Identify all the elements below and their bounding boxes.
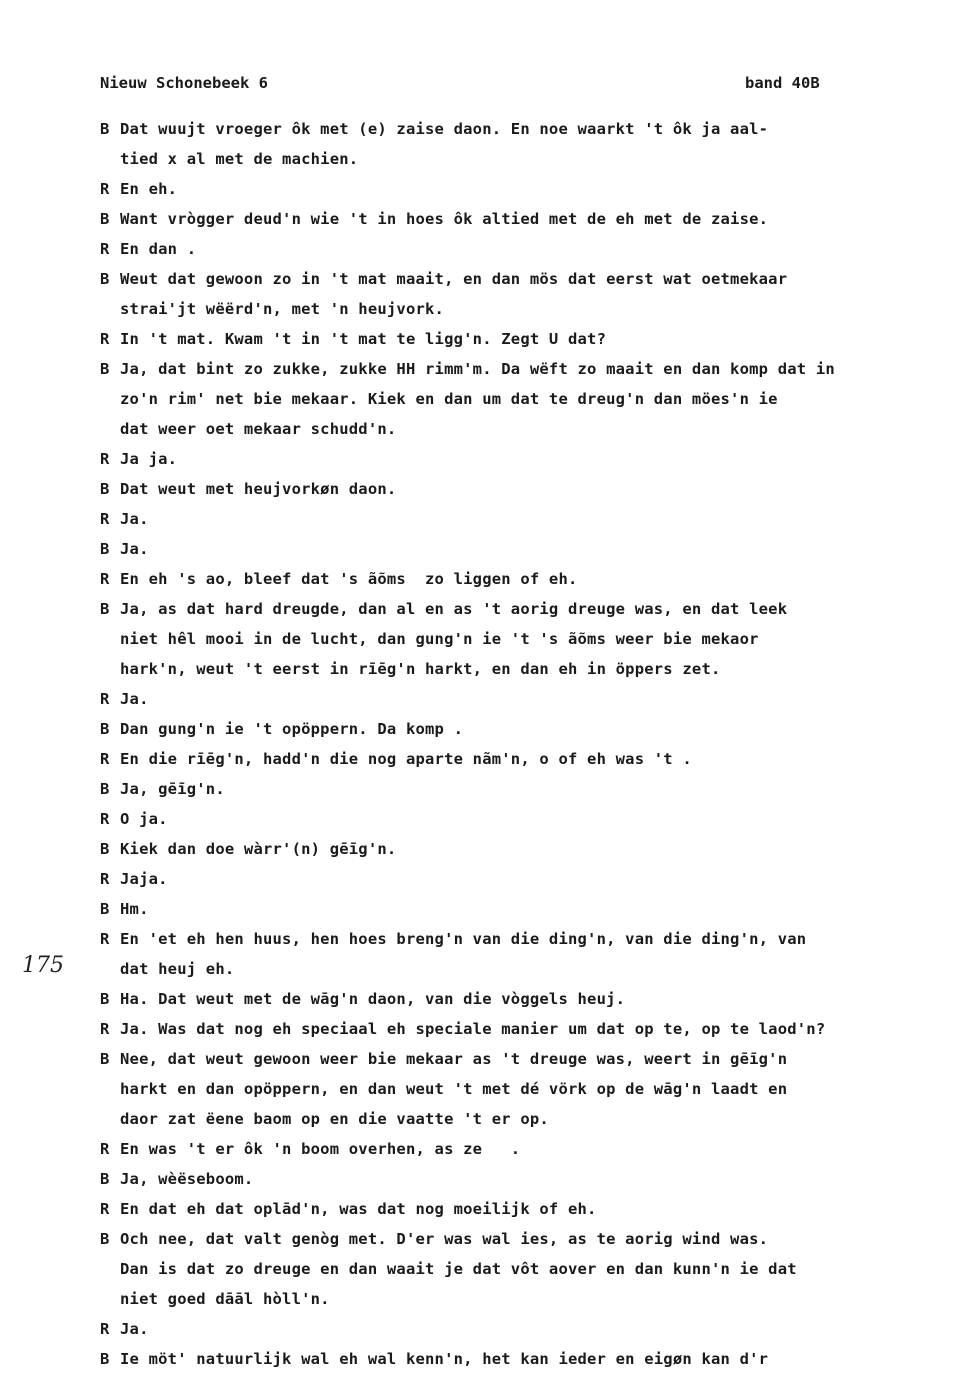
utterance-text: Hm. (120, 900, 149, 918)
transcript-line: niet goed dāāl hòll'n. (100, 1284, 960, 1314)
transcript-line: RJa. (100, 684, 960, 714)
tape-label: band 40B (745, 74, 820, 92)
utterance-text: Ja, gēīg'n. (120, 780, 225, 798)
utterance-text: zo'n rim' net bie mekaar. Kiek en dan um… (120, 390, 778, 408)
utterance-text: niet hêl mooi in de lucht, dan gung'n ie… (120, 630, 759, 648)
utterance-text: Weut dat gewoon zo in 't mat maait, en d… (120, 270, 787, 288)
transcript-line: REn die rīēg'n, hadd'n die nog aparte nã… (100, 744, 960, 774)
utterance-text: Ja, as dat hard dreugde, dan al en as 't… (120, 600, 787, 618)
transcript-line: BJa, dat bint zo zukke, zukke HH rimm'm.… (100, 354, 960, 384)
speaker-label: R (100, 1134, 120, 1164)
transcript-line: harkt en dan opöppern, en dan weut 't me… (100, 1074, 960, 1104)
speaker-label: R (100, 864, 120, 894)
utterance-text: niet goed dāāl hòll'n. (120, 1290, 330, 1308)
transcript-line: zo'n rim' net bie mekaar. Kiek en dan um… (100, 384, 960, 414)
speaker-label: B (100, 834, 120, 864)
utterance-text: daor zat ëene baom op en die vaatte 't e… (120, 1110, 549, 1128)
speaker-label: R (100, 564, 120, 594)
utterance-text: En die rīēg'n, hadd'n die nog aparte nãm… (120, 750, 692, 768)
transcript-line: RJa. (100, 1314, 960, 1344)
speaker-label: B (100, 1044, 120, 1074)
utterance-text: dat heuj eh. (120, 960, 234, 978)
speaker-label: R (100, 684, 120, 714)
transcript-line: BJa, as dat hard dreugde, dan al en as '… (100, 594, 960, 624)
speaker-label: R (100, 1314, 120, 1344)
speaker-label: B (100, 354, 120, 384)
speaker-label: B (100, 1224, 120, 1254)
utterance-text: In 't mat. Kwam 't in 't mat te ligg'n. … (120, 330, 606, 348)
speaker-label: B (100, 534, 120, 564)
utterance-text: En dan . (120, 240, 196, 258)
speaker-label: B (100, 714, 120, 744)
transcript-line: REn was 't er ôk 'n boom overhen, as ze … (100, 1134, 960, 1164)
speaker-label: R (100, 504, 120, 534)
utterance-text: Ha. Dat weut met de wāg'n daon, van die … (120, 990, 625, 1008)
speaker-label: B (100, 1344, 120, 1374)
speaker-label: B (100, 114, 120, 144)
transcript-line: BHm. (100, 894, 960, 924)
utterance-text: Ja. (120, 1320, 149, 1338)
transcript-line: BOch nee, dat valt genòg met. D'er was w… (100, 1224, 960, 1254)
transcript-line: daor zat ëene baom op en die vaatte 't e… (100, 1104, 960, 1134)
transcript-line: REn dan . (100, 234, 960, 264)
speaker-label: B (100, 264, 120, 294)
utterance-text: dat weer oet mekaar schudd'n. (120, 420, 396, 438)
utterance-text: Nee, dat weut gewoon weer bie mekaar as … (120, 1050, 787, 1068)
utterance-text: Want vrògger deud'n wie 't in hoes ôk al… (120, 210, 768, 228)
transcript-line: RO ja. (100, 804, 960, 834)
utterance-text: Dan is dat zo dreuge en dan waait je dat… (120, 1260, 797, 1278)
speaker-label: R (100, 174, 120, 204)
utterance-text: tied x al met de machien. (120, 150, 358, 168)
transcript-line: BDan gung'n ie 't opöppern. Da komp . (100, 714, 960, 744)
utterance-text: Ja. (120, 510, 149, 528)
utterance-text: harkt en dan opöppern, en dan weut 't me… (120, 1080, 787, 1098)
transcript-line: strai'jt wëërd'n, met 'n heujvork. (100, 294, 960, 324)
utterance-text: Och nee, dat valt genòg met. D'er was wa… (120, 1230, 768, 1248)
utterance-text: Ja, wèëseboom. (120, 1170, 253, 1188)
transcript-line: RJa ja. (100, 444, 960, 474)
transcript-line: REn eh. (100, 174, 960, 204)
transcript-line: REn dat eh dat oplād'n, was dat nog moei… (100, 1194, 960, 1224)
transcript-line: Dan is dat zo dreuge en dan waait je dat… (100, 1254, 960, 1284)
utterance-text: En eh 's ao, bleef dat 's ãõms zo liggen… (120, 570, 578, 588)
utterance-text: Dat wuujt vroeger ôk met (e) zaise daon.… (120, 120, 768, 138)
transcript-line: BHa. Dat weut met de wāg'n daon, van die… (100, 984, 960, 1014)
transcript-line: BDat wuujt vroeger ôk met (e) zaise daon… (100, 114, 960, 144)
utterance-text: En eh. (120, 180, 177, 198)
transcript-line: BIe möt' natuurlijk wal eh wal kenn'n, h… (100, 1344, 960, 1374)
handwritten-margin-note: 175 (22, 953, 64, 978)
utterance-text: Dat weut met heujvorkøn daon. (120, 480, 396, 498)
utterance-text: Dan gung'n ie 't opöppern. Da komp . (120, 720, 463, 738)
transcript-line: hark'n, weut 't eerst in rīēg'n harkt, e… (100, 654, 960, 684)
transcript-line: REn eh 's ao, bleef dat 's ãõms zo ligge… (100, 564, 960, 594)
speaker-label: R (100, 1014, 120, 1044)
speaker-label: R (100, 1194, 120, 1224)
transcript-line: BDat weut met heujvorkøn daon. (100, 474, 960, 504)
speaker-label: R (100, 324, 120, 354)
transcript-line: BJa. (100, 534, 960, 564)
transcript: BDat wuujt vroeger ôk met (e) zaise daon… (100, 114, 960, 1374)
document-title: Nieuw Schonebeek 6 (100, 74, 268, 92)
utterance-text: En dat eh dat oplād'n, was dat nog moeil… (120, 1200, 597, 1218)
utterance-text: Ie möt' natuurlijk wal eh wal kenn'n, he… (120, 1350, 768, 1368)
speaker-label: B (100, 204, 120, 234)
utterance-text: Jaja. (120, 870, 168, 888)
transcript-line: dat heuj eh. (100, 954, 960, 984)
transcript-line: tied x al met de machien. (100, 144, 960, 174)
transcript-line: RJa. Was dat nog eh speciaal eh speciale… (100, 1014, 960, 1044)
utterance-text: En was 't er ôk 'n boom overhen, as ze . (120, 1140, 520, 1158)
utterance-text: Kiek dan doe wàrr'(n) gēīg'n. (120, 840, 396, 858)
transcript-line: dat weer oet mekaar schudd'n. (100, 414, 960, 444)
transcript-line: BKiek dan doe wàrr'(n) gēīg'n. (100, 834, 960, 864)
utterance-text: Ja. (120, 690, 149, 708)
utterance-text: strai'jt wëërd'n, met 'n heujvork. (120, 300, 444, 318)
transcript-line: BJa, gēīg'n. (100, 774, 960, 804)
utterance-text: Ja. Was dat nog eh speciaal eh speciale … (120, 1020, 825, 1038)
transcript-line: RIn 't mat. Kwam 't in 't mat te ligg'n.… (100, 324, 960, 354)
speaker-label: B (100, 1164, 120, 1194)
transcript-line: BWant vrògger deud'n wie 't in hoes ôk a… (100, 204, 960, 234)
speaker-label: R (100, 924, 120, 954)
transcript-line: BNee, dat weut gewoon weer bie mekaar as… (100, 1044, 960, 1074)
utterance-text: Ja ja. (120, 450, 177, 468)
speaker-label: R (100, 444, 120, 474)
transcript-line: REn 'et eh hen huus, hen hoes breng'n va… (100, 924, 960, 954)
transcript-line: RJaja. (100, 864, 960, 894)
transcript-line: BJa, wèëseboom. (100, 1164, 960, 1194)
utterance-text: En 'et eh hen huus, hen hoes breng'n van… (120, 930, 806, 948)
speaker-label: R (100, 744, 120, 774)
typescript-page: Nieuw Schonebeek 6 band 40B 175 BDat wuu… (0, 0, 979, 1388)
transcript-line: niet hêl mooi in de lucht, dan gung'n ie… (100, 624, 960, 654)
speaker-label: B (100, 474, 120, 504)
utterance-text: Ja. (120, 540, 149, 558)
speaker-label: B (100, 984, 120, 1014)
speaker-label: B (100, 894, 120, 924)
speaker-label: R (100, 804, 120, 834)
speaker-label: B (100, 594, 120, 624)
transcript-line: BWeut dat gewoon zo in 't mat maait, en … (100, 264, 960, 294)
speaker-label: R (100, 234, 120, 264)
speaker-label: B (100, 774, 120, 804)
utterance-text: O ja. (120, 810, 168, 828)
page-header: Nieuw Schonebeek 6 band 40B (100, 74, 979, 98)
utterance-text: hark'n, weut 't eerst in rīēg'n harkt, e… (120, 660, 721, 678)
utterance-text: Ja, dat bint zo zukke, zukke HH rimm'm. … (120, 360, 835, 378)
transcript-line: RJa. (100, 504, 960, 534)
